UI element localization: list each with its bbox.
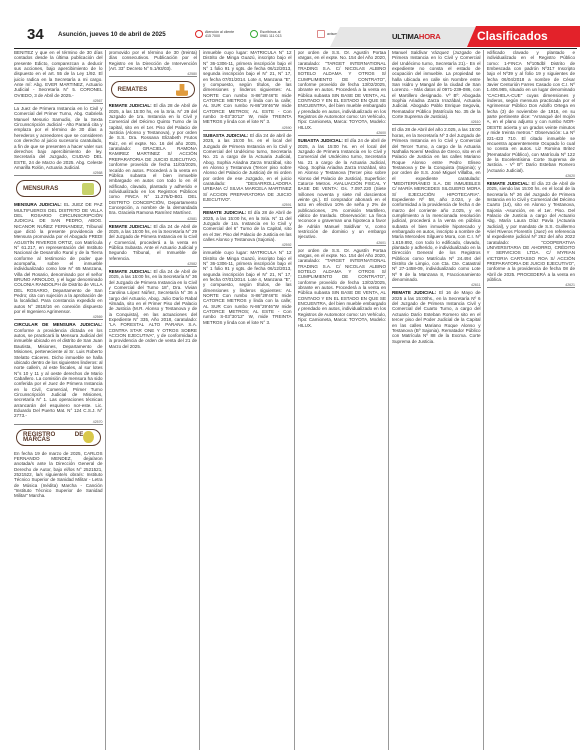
map-icon: [82, 183, 94, 195]
notice: MENSURA JUDICIAL: EL JUEZ DE PAZ MULTIFU…: [14, 202, 103, 314]
notice: REMATE JUDICIAL: El día 24 de Abril de 2…: [109, 269, 198, 349]
column-4: por orden de S.S. Dr. Agustín Portaa Var…: [298, 50, 390, 750]
notice: BENITEZ y que en el término de 30 días c…: [14, 50, 103, 98]
notice: inmueble cuyo lugar: MATRICULA N° 12 Dis…: [203, 250, 292, 325]
dateline: Asunción, jueves 10 de abril de 2025: [58, 31, 166, 38]
notice: REMATE JUDICIAL: El día 28 de Abril de 2…: [203, 210, 292, 242]
notice: Manuel Saldívar Vázquez (Juzgado de Prim…: [392, 50, 481, 119]
section-header-mensuras: MENSURAS: [16, 180, 101, 197]
gavel-icon: [176, 84, 188, 96]
notice: En fecha 19 de marzo de 2025, CARLOS FER…: [14, 451, 103, 499]
phone-icon: [195, 30, 203, 38]
notice: por orden de S.S. Dr. Agustín Portaa Var…: [298, 50, 387, 130]
notice: CIRCULAR DE MENSURA JUDICIAL: Conforme a…: [14, 322, 103, 418]
section-title: Clasificados: [467, 26, 580, 47]
classifieds-columns: BENITEZ y que en el término de 30 días c…: [14, 50, 577, 750]
brand-logo: ULTIMAHORA: [392, 32, 440, 41]
notice: promovido por el término de 30 (treinta)…: [109, 50, 198, 71]
trophy-icon: [83, 431, 93, 443]
whatsapp-contact: Escribinos al0981 111 013: [250, 30, 281, 38]
notice: REMATE JUDICIAL: El día 24 de Abril de 2…: [109, 224, 198, 261]
notice: por orden de S.S. Dr. Agustín Portaa Var…: [298, 248, 387, 328]
notice: La Juez de Primera Instancia en lo Civil…: [14, 106, 103, 170]
notice: SUBASTA JUDICIAL: El día 24 de abril de …: [298, 138, 387, 240]
email-icon: [317, 30, 325, 38]
notice: El día 28 de Abril del año 2.025, a las …: [392, 127, 481, 282]
notice: REMATE JUDICIAL: El día 28 de Abril de 2…: [109, 103, 198, 215]
page-header: 34 Asunción, jueves 10 de abril de 2025 …: [0, 0, 580, 46]
column-5: Manuel Saldívar Vázquez (Juzgado de Prim…: [392, 50, 484, 750]
whatsapp-icon: [250, 30, 258, 38]
notice: REMATE JUDICIAL: El día 23 de Abril de 2…: [487, 181, 576, 283]
page-number: 34: [27, 26, 44, 43]
column-6: edificado clavado y plantado e individua…: [487, 50, 578, 750]
notice: inmueble cuyo lugar: MATRICULA N° 12 Dis…: [203, 50, 292, 125]
notice: REMATE JUDICIAL: El 16 de Mayo de 2025 a…: [392, 290, 481, 343]
column-2: promovido por el término de 30 (treinta)…: [109, 50, 201, 750]
header-divider: [14, 48, 577, 49]
column-1: BENITEZ y que en el término de 30 días c…: [14, 50, 106, 750]
section-header-remates: REMATES: [111, 81, 196, 98]
section-header-registro-marcas: REGISTRO DE MARCAS: [16, 429, 101, 446]
notice: SUBASTA JUDICIAL: El día 24 de abril de …: [203, 133, 292, 202]
customer-service-contact: Atención al cliente415 7000: [195, 30, 234, 38]
column-3: inmueble cuyo lugar: MATRICULA N° 12 Dis…: [203, 50, 295, 750]
notice: edificado clavado y plantado e individua…: [487, 50, 576, 173]
